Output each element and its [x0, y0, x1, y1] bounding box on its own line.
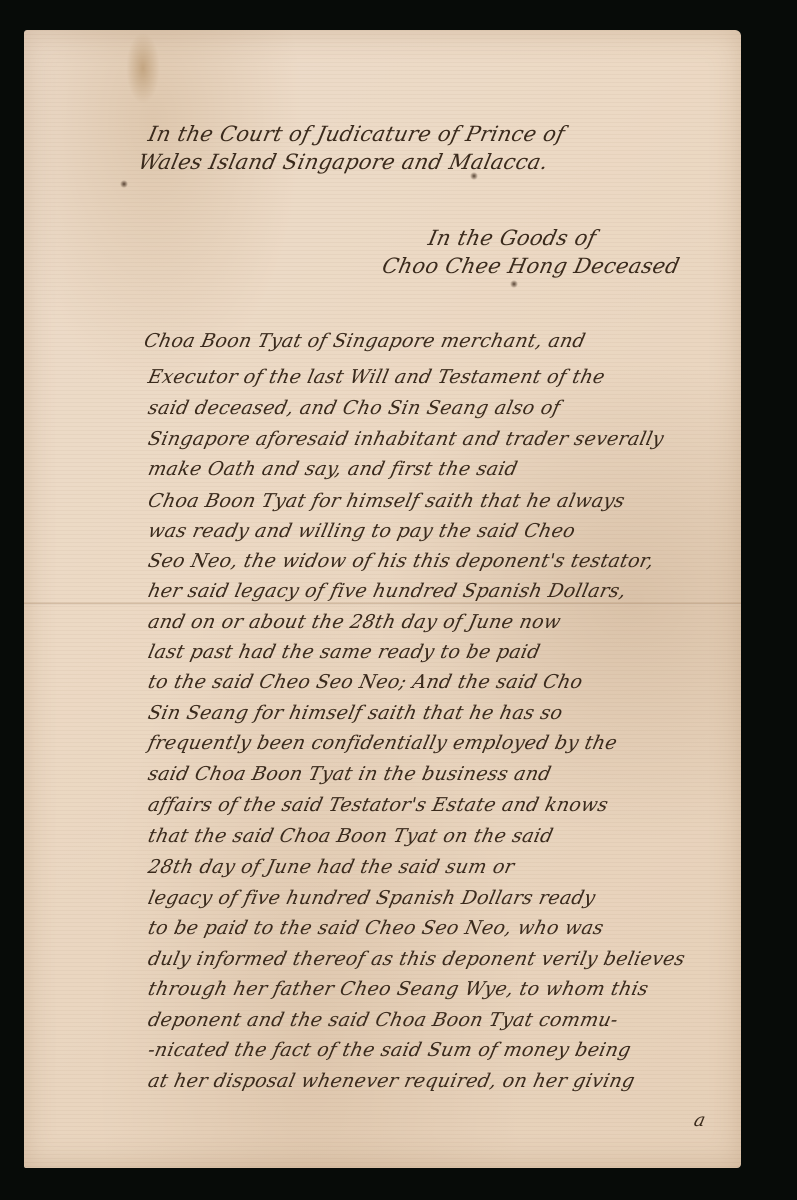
body-line: Sin Seang for himself saith that he has … [146, 702, 565, 724]
court-heading-line-2: Wales Island Singapore and Malacca. [136, 150, 550, 174]
body-line: 28th day of June had the said sum or [146, 856, 517, 878]
body-line: Singapore aforesaid inhabitant and trade… [146, 428, 666, 450]
body-line: Executor of the last Will and Testament … [146, 366, 607, 388]
body-line: was ready and willing to pay the said Ch… [146, 520, 577, 542]
body-line: through her father Cheo Seang Wye, to wh… [146, 978, 651, 1000]
body-line: deponent and the said Choa Boon Tyat com… [146, 1009, 620, 1031]
body-line: Seo Neo, the widow of his this deponent'… [146, 550, 656, 572]
body-line: to the said Cheo Seo Neo; And the said C… [146, 671, 585, 693]
ink-blot [510, 280, 518, 288]
paper-fold-crease [24, 602, 741, 605]
water-stain [126, 32, 160, 104]
body-line: last past had the same ready to be paid [146, 641, 542, 663]
body-line: Choa Boon Tyat for himself saith that he… [146, 490, 627, 512]
body-line: said Choa Boon Tyat in the business and [146, 763, 553, 785]
body-line: said deceased, and Cho Sin Seang also of [146, 397, 562, 419]
body-line: affairs of the said Testator's Estate an… [146, 794, 610, 816]
matter-heading-line-2: Choo Chee Hong Deceased [380, 254, 682, 278]
catchword: a [692, 1110, 708, 1131]
body-line: duly informed thereof as this deponent v… [146, 948, 687, 970]
body-line: and on or about the 28th day of June now [146, 611, 563, 633]
body-line: at her disposal whenever required, on he… [146, 1070, 637, 1092]
body-line: Choa Boon Tyat of Singapore merchant, an… [142, 330, 588, 352]
body-line: that the said Choa Boon Tyat on the said [146, 825, 555, 847]
body-line: frequently been confidentially employed … [146, 732, 619, 754]
body-line: to be paid to the said Cheo Seo Neo, who… [146, 917, 606, 939]
body-line: her said legacy of five hundred Spanish … [146, 580, 628, 602]
matter-heading-line-1: In the Goods of [426, 226, 599, 250]
ink-blot [120, 180, 128, 188]
court-heading-line-1: In the Court of Judicature of Prince of [146, 122, 567, 146]
body-line: make Oath and say, and first the said [146, 458, 520, 480]
body-line: legacy of five hundred Spanish Dollars r… [146, 887, 598, 909]
manuscript-page: In the Court of Judicature of Prince of … [24, 30, 741, 1168]
body-line: -nicated the fact of the said Sum of mon… [146, 1039, 633, 1061]
